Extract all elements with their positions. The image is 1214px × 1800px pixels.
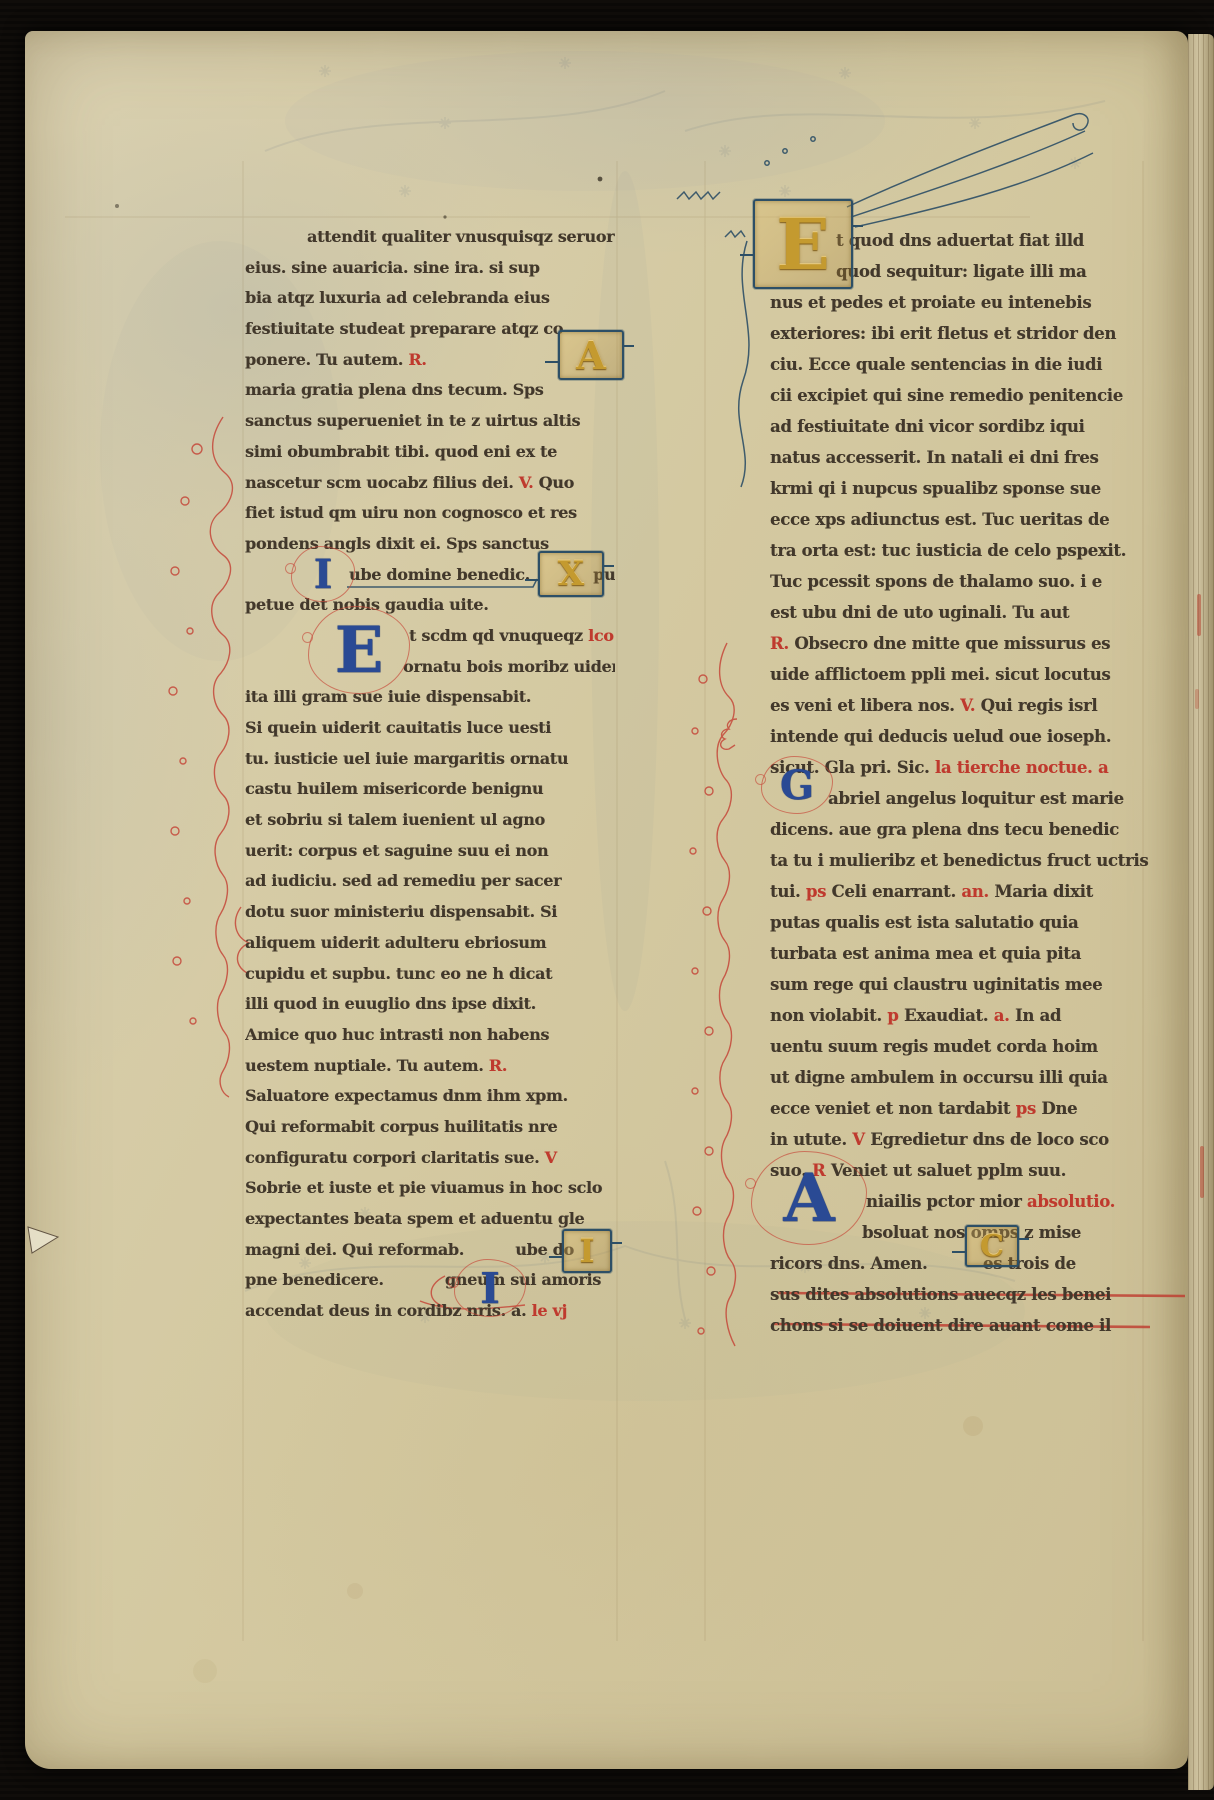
decorated-initial-xpus: X: [538, 551, 604, 597]
text-segment: chons si se doiuent dire auant come il: [770, 1316, 1111, 1335]
decorated-initial-iube-2: I: [562, 1229, 612, 1273]
text-segment: ps: [806, 882, 832, 901]
text-segment: an.: [961, 882, 994, 901]
text-line: R. Obsecro dne mitte que missurus es: [770, 628, 1188, 659]
text-segment: Quo: [539, 473, 574, 492]
text-line: uentu suum regis mudet corda hoim: [770, 1031, 1188, 1062]
text-segment: castu huilem misericorde benignu: [245, 779, 543, 798]
text-segment: nascetur scm uocabz filius dei.: [245, 473, 519, 492]
text-segment: est ubu dni de uto uginali. Tu aut: [770, 603, 1069, 622]
text-segment: cii excipiet qui sine remedio penitencie: [770, 386, 1123, 405]
text-line: es veni et libera nos. V. Qui regis isrl: [770, 690, 1188, 721]
text-segment: sum rege qui claustru uginitatis mee: [770, 975, 1102, 994]
text-segment: tu. iusticie uel iuie margaritis ornatu: [245, 749, 568, 768]
text-segment: ube domine benedic.: [349, 565, 535, 584]
text-line: ad festiuitate dni vicor sordibz iqui: [770, 411, 1188, 442]
text-segment: in utute.: [770, 1130, 852, 1149]
text-segment: fiet istud qm uiru non cognosco et res: [245, 503, 577, 522]
text-segment: maria gratia plena dns tecum. Sps: [245, 380, 543, 399]
decorated-initial-iube: I: [300, 552, 346, 596]
text-line: abriel angelus loquitur est marie: [770, 783, 1188, 814]
text-segment: sanctus superueniet in te z uirtus altis: [245, 411, 580, 430]
text-line: accendat deus in cordibz nris. a. le vj: [245, 1296, 615, 1327]
text-segment: intende qui deducis uelud oue ioseph.: [770, 727, 1111, 746]
text-line: simi obumbrabit tibi. quod eni ex te: [245, 437, 615, 468]
text-segment: krmi qi i nupcus spualibz sponse sue: [770, 479, 1101, 498]
text-segment: cupidu et supbu. tunc eo ne h dicat: [245, 964, 552, 983]
text-line: Saluatore expectamus dnm ihm xpm.: [245, 1081, 615, 1112]
text-segment: Qui reformabit corpus huilitatis nre: [245, 1117, 557, 1136]
text-segment: R.: [489, 1056, 507, 1075]
text-line: krmi qi i nupcus spualibz sponse sue: [770, 473, 1188, 504]
text-segment: simi obumbrabit tibi. quod eni ex te: [245, 442, 557, 461]
text-line: bia atqz luxuria ad celebranda eius: [245, 283, 615, 314]
manuscript-page: attendit qualiter vnusquisqz seruoreius.…: [25, 31, 1188, 1769]
text-segment: et sobriu si talem iuenient ul agno: [245, 810, 545, 829]
text-segment: t scdm qd vnuqueqz: [409, 626, 588, 645]
text-line: in utute. V Egredietur dns de loco sco: [770, 1124, 1188, 1155]
text-line: attendit qualiter vnusquisqz seruor: [245, 222, 615, 253]
text-segment: V.: [519, 473, 539, 492]
text-line: ad iudiciu. sed ad remediu per sacer: [245, 866, 615, 897]
text-line: natus accesserit. In natali ei dni fres: [770, 442, 1188, 473]
fore-edge-mark: [1195, 689, 1199, 709]
text-segment: ps: [1016, 1099, 1042, 1118]
decorated-initial-ces: C: [965, 1225, 1019, 1267]
text-segment: ecce veniet et non tardabit: [770, 1099, 1016, 1118]
text-segment: eius. sine auaricia. sine ira. si sup: [245, 258, 540, 277]
text-segment: ita illi gram sue iuie dispensabit.: [245, 687, 531, 706]
text-segment: ornatu bois moribz uiderit: [403, 657, 615, 676]
text-line: non violabit. p Exaudiat. a. In ad: [770, 1000, 1188, 1031]
text-segment: illi quod in euuglio dns ipse dixit.: [245, 994, 536, 1013]
text-segment: a.: [994, 1006, 1015, 1025]
text-segment: Sobrie et iuste et pie viuamus in hoc sc…: [245, 1178, 602, 1197]
text-line: tu. iusticie uel iuie margaritis ornatu: [245, 744, 615, 775]
text-line: eius. sine auaricia. sine ira. si sup: [245, 253, 615, 284]
text-segment: aliquem uiderit adulteru ebriosum: [245, 933, 546, 952]
decorated-initial-ave: A: [558, 330, 624, 380]
text-segment: exteriores: ibi erit fletus et stridor d…: [770, 324, 1116, 343]
text-segment: es veni et libera nos.: [770, 696, 960, 715]
text-segment: configuratu corpori claritatis sue.: [245, 1148, 545, 1167]
text-segment: t quod dns aduertat fiat illd: [836, 231, 1084, 250]
text-line: castu huilem misericorde benignu: [245, 774, 615, 805]
text-segment: festiuitate studeat preparare atqz co: [245, 319, 563, 338]
text-segment: Veniet ut saluet pplm suu.: [831, 1161, 1066, 1180]
text-line: t scdm qd vnuqueqz lco v: [245, 621, 615, 652]
text-segment: uentu suum regis mudet corda hoim: [770, 1037, 1098, 1056]
text-line: sum rege qui claustru uginitatis mee: [770, 969, 1188, 1000]
text-line: Sobrie et iuste et pie viuamus in hoc sc…: [245, 1173, 615, 1204]
text-line: aliquem uiderit adulteru ebriosum: [245, 928, 615, 959]
text-segment: ponere. Tu autem.: [245, 350, 408, 369]
text-segment: pne benedicere.: [245, 1270, 389, 1289]
text-line: ecce xps adiunctus est. Tuc ueritas de: [770, 504, 1188, 535]
text-segment: nus et pedes et proiate eu intenebis: [770, 293, 1091, 312]
text-segment: uestem nuptiale. Tu autem.: [245, 1056, 489, 1075]
text-line: pne benedicere. gneum sui amoris: [245, 1265, 615, 1296]
text-segment: dicens. aue gra plena dns tecu benedic: [770, 820, 1119, 839]
text-segment: tra orta est: tuc iusticia de celo pspex…: [770, 541, 1126, 560]
text-segment: Saluatore expectamus dnm ihm xpm.: [245, 1086, 568, 1105]
text-line: Amice quo huc intrasti non habens: [245, 1020, 615, 1051]
text-line: ut digne ambulem in occursu illi quia: [770, 1062, 1188, 1093]
text-line: dicens. aue gra plena dns tecu benedic: [770, 814, 1188, 845]
text-segment: attendit qualiter vnusquisqz seruor: [307, 227, 614, 246]
text-segment: ad iudiciu. sed ad remediu per sacer: [245, 871, 561, 890]
text-line: est ubu dni de uto uginali. Tu aut: [770, 597, 1188, 628]
text-line: ita illi gram sue iuie dispensabit.: [245, 682, 615, 713]
text-line: fiet istud qm uiru non cognosco et res: [245, 498, 615, 529]
text-line: Si quein uiderit cauitatis luce uesti: [245, 713, 615, 744]
decorated-initial-igneum: I: [463, 1265, 517, 1311]
text-segment: ciu. Ecce quale sentencias in die iudi: [770, 355, 1102, 374]
text-segment: ta tu i mulieribz et benedictus fruct uc…: [770, 851, 1148, 870]
text-segment: uide afflictoem ppli mei. sicut locutus: [770, 665, 1110, 684]
text-line: uestem nuptiale. Tu autem. R.: [245, 1051, 615, 1082]
text-segment: In ad: [1015, 1006, 1061, 1025]
text-segment: Tuc pcessit spons de thalamo suo. i e: [770, 572, 1102, 591]
text-segment: Maria dixit: [994, 882, 1093, 901]
text-line: Qui reformabit corpus huilitatis nre: [245, 1112, 615, 1143]
text-segment: Egredietur dns de loco sco: [870, 1130, 1109, 1149]
text-segment: expectantes beata spem et aduentu gle: [245, 1209, 584, 1228]
text-segment: ecce xps adiunctus est. Tuc ueritas de: [770, 510, 1109, 529]
text-segment: la tierche noctue. a: [935, 758, 1108, 777]
text-line: tra orta est: tuc iusticia de celo pspex…: [770, 535, 1188, 566]
text-segment: bia atqz luxuria ad celebranda eius: [245, 288, 550, 307]
text-line: nus et pedes et proiate eu intenebis: [770, 287, 1188, 318]
text-line: putas qualis est ista salutatio quia: [770, 907, 1188, 938]
decorated-initial-absoluat: A: [760, 1157, 858, 1239]
text-segment: Dne: [1041, 1099, 1077, 1118]
text-segment: R.: [770, 634, 794, 653]
text-line: uerit: corpus et saguine suu ei non: [245, 836, 615, 867]
text-segment: Qui regis isrl: [981, 696, 1098, 715]
parchment-flaw: [28, 1227, 58, 1253]
text-line: uide afflictoem ppli mei. sicut locutus: [770, 659, 1188, 690]
text-segment: p: [887, 1006, 904, 1025]
text-line: magni dei. Qui reformab. ube do: [245, 1235, 615, 1266]
text-segment: Amice quo huc intrasti non habens: [245, 1025, 549, 1044]
text-segment: pondens angls dixit ei. Sps sanctus: [245, 534, 549, 553]
text-segment: lco v: [588, 626, 615, 645]
text-segment: non violabit.: [770, 1006, 887, 1025]
text-segment: magni dei. Qui reformab.: [245, 1240, 469, 1259]
text-segment: R.: [408, 350, 426, 369]
text-line: nascetur scm uocabz filius dei. V. Quo: [245, 468, 615, 499]
text-segment: sus dites absolutions auecqz les benei: [770, 1285, 1111, 1304]
text-line: illi quod in euuglio dns ipse dixit.: [245, 989, 615, 1020]
text-line: ciu. Ecce quale sentencias in die iudi: [770, 349, 1188, 380]
text-segment: quod sequitur: ligate illi ma: [836, 262, 1086, 281]
text-line: ornatu bois moribz uiderit: [245, 652, 615, 683]
photo-backdrop: attendit qualiter vnusquisqz seruoreius.…: [0, 0, 1214, 1800]
text-segment: le vj: [532, 1301, 567, 1320]
text-segment: uerit: corpus et saguine suu ei non: [245, 841, 548, 860]
text-line: cii excipiet qui sine remedio penitencie: [770, 380, 1188, 411]
text-segment: Si quein uiderit cauitatis luce uesti: [245, 718, 551, 737]
text-segment: V: [545, 1148, 557, 1167]
text-line: expectantes beata spem et aduentu gle: [245, 1204, 615, 1235]
text-segment: natus accesserit. In natali ei dni fres: [770, 448, 1098, 467]
text-line: Tuc pcessit spons de thalamo suo. i e: [770, 566, 1188, 597]
text-line: ecce veniet et non tardabit ps Dne: [770, 1093, 1188, 1124]
text-line: sus dites absolutions auecqz les benei: [770, 1279, 1188, 1310]
text-line: cupidu et supbu. tunc eo ne h dicat: [245, 959, 615, 990]
text-segment: absolutio.: [1027, 1192, 1115, 1211]
text-segment: V.: [960, 696, 981, 715]
text-segment: Exaudiat.: [904, 1006, 994, 1025]
fore-edge-mark: [1197, 594, 1201, 636]
text-segment: niailis pctor mior: [866, 1192, 1027, 1211]
decorated-initial-et: E: [317, 612, 401, 688]
decorated-initial-et-quod: E: [753, 199, 853, 289]
text-line: chons si se doiuent dire auant come il: [770, 1310, 1188, 1341]
fore-edge-mark: [1200, 1146, 1204, 1198]
text-segment: turbata est anima mea et quia pita: [770, 944, 1081, 963]
text-line: turbata est anima mea et quia pita: [770, 938, 1188, 969]
text-column-left: attendit qualiter vnusquisqz seruoreius.…: [245, 222, 615, 1327]
text-segment: ut digne ambulem in occursu illi quia: [770, 1068, 1108, 1087]
text-segment: tui.: [770, 882, 806, 901]
text-line: exteriores: ibi erit fletus et stridor d…: [770, 318, 1188, 349]
text-line: configuratu corpori claritatis sue. V: [245, 1143, 615, 1174]
text-line: ta tu i mulieribz et benedictus fruct uc…: [770, 845, 1188, 876]
text-segment: Celi enarrant.: [832, 882, 962, 901]
text-line: dotu suor ministeriu dispensabit. Si: [245, 897, 615, 928]
text-segment: V: [852, 1130, 870, 1149]
text-line: et sobriu si talem iuenient ul agno: [245, 805, 615, 836]
text-line: sanctus superueniet in te z uirtus altis: [245, 406, 615, 437]
text-line: intende qui deducis uelud oue ioseph.: [770, 721, 1188, 752]
text-line: tui. ps Celi enarrant. an. Maria dixit: [770, 876, 1188, 907]
text-segment: ad festiuitate dni vicor sordibz iqui: [770, 417, 1085, 436]
text-line: maria gratia plena dns tecum. Sps: [245, 375, 615, 406]
book-fore-edge: [1188, 34, 1214, 1790]
text-segment: putas qualis est ista salutatio quia: [770, 913, 1078, 932]
text-segment: Obsecro dne mitte que missurus es: [794, 634, 1110, 653]
text-segment: dotu suor ministeriu dispensabit. Si: [245, 902, 557, 921]
text-segment: ricors dns. Amen.: [770, 1254, 933, 1273]
text-segment: abriel angelus loquitur est marie: [828, 789, 1124, 808]
decorated-initial-gabriel: G: [770, 762, 824, 808]
